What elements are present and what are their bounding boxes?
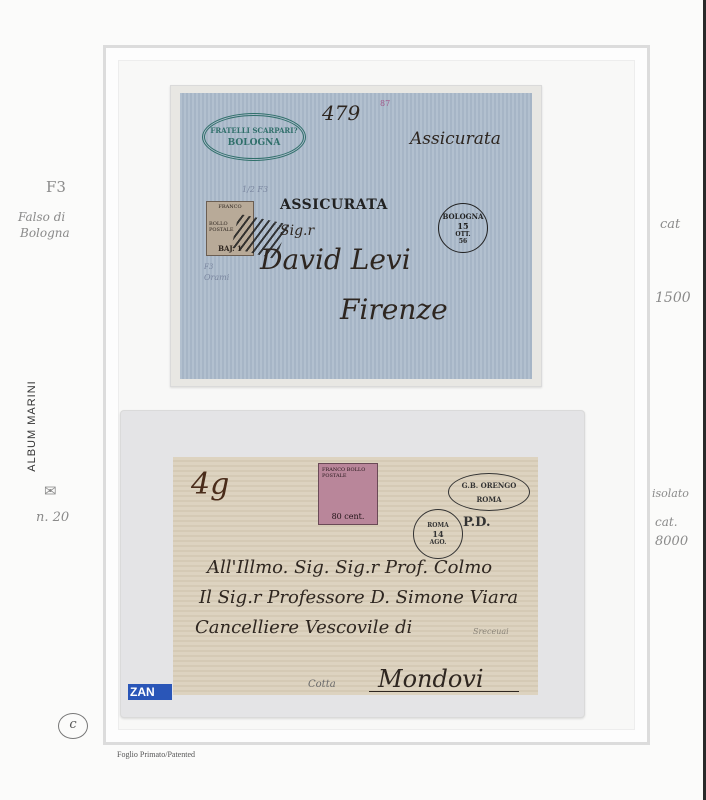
cover2-postmark: ROMA 14 AGO. [413,509,463,559]
cover2-cat-value: 8000 [655,534,688,550]
album-spine-label: ALBUM MARINI [26,366,38,486]
cover1-city: Firenze [340,293,448,326]
cover2-address-line2: Il Sig.r Professore D. Simone Viara [199,587,518,608]
sender-oval-town: BOLOGNA [228,138,281,148]
album-footer: Foglio Primato/Patented [117,750,195,759]
cover2-pencil-lot: Cotta [308,679,336,690]
cover1-pencil-small: 1/2 F3 [242,185,268,194]
stamp2-top-text: FRANCO BOLLO POSTALE [322,467,374,479]
cover2-letter[interactable]: 4g FRANCO BOLLO POSTALE 80 cent. G.B. OR… [173,457,538,695]
sender2-oval-town: ROMA [476,495,501,504]
postmark2-town: ROMA [427,522,449,529]
cover2-ms-rate: 4g [191,467,229,502]
cover1-postmark: BOLOGNA 15 OTT. 56 [438,203,488,253]
cover1-addressee: David Levi [260,243,411,276]
cover1-sender-oval: FRATELLI SCARPARI? BOLOGNA [202,113,306,161]
cover1-letter[interactable]: FRATELLI SCARPARI? BOLOGNA 479 87 Assicu… [180,93,532,379]
postmark-year: 56 [459,238,467,245]
cover2-cat-label: cat. [655,515,678,530]
stamp2-value-unit: cent. [344,512,364,521]
cover2-isolato-note: isolato [652,487,689,501]
cover2-postage-stamp[interactable]: FRANCO BOLLO POSTALE 80 cent. [318,463,378,525]
stamp-top-text: FRANCO [218,204,241,210]
postmark-month: OTT. [455,231,470,238]
page-mark-circled: c [58,713,88,739]
postmark-town: BOLOGNA [443,212,484,221]
zanaria-logo: ZAN [128,684,172,700]
sender-oval-top: FRATELLI SCARPARI? [210,126,297,135]
cover2-address-line1: All'Illmo. Sig. Sig.r Prof. Colmo [207,557,492,578]
city-underline [369,691,519,692]
cover2-sender-oval: G.B. ORENGO ROMA [448,473,530,511]
pencil-under-stamp-1: F3 [204,263,213,271]
cover1-desc-line1: Falso di [18,210,65,225]
pencil-under-stamp-2: Orami [204,273,229,282]
cover1-ms-assicurata: Assicurata [410,129,501,149]
cover1-ref-note: F3 [46,178,66,197]
cover1-cat-value: 1500 [655,290,691,308]
cover1-red-mark: 87 [380,99,390,108]
cover1-ms-number: 479 [322,101,360,125]
postmark-day: 15 [457,221,468,231]
sender2-oval-name: G.B. ORENGO [462,481,517,490]
cover2-number-note: n. 20 [36,510,69,526]
cover1-salutation: Sig.r [280,223,314,239]
cover2-address-line3: Cancelliere Vescovile di [195,617,412,638]
cover2-city: Mondovi [378,665,484,693]
stamp2-value-number: 80 [332,512,342,521]
postmark2-day: 14 [432,529,443,539]
envelope-icon: ✉ [44,482,57,501]
postmark2-month: AGO. [430,539,447,546]
cover2-pd-handstamp: P.D. [463,515,491,530]
cover1-assicurata-handstamp: ASSICURATA [280,197,388,213]
cover1-desc-line2: Bologna [20,226,70,241]
stamp2-value: 80 cent. [332,512,365,521]
cover2-pencil-note: Sreceuai [473,627,509,636]
cover1-cat-label: cat [660,217,680,233]
